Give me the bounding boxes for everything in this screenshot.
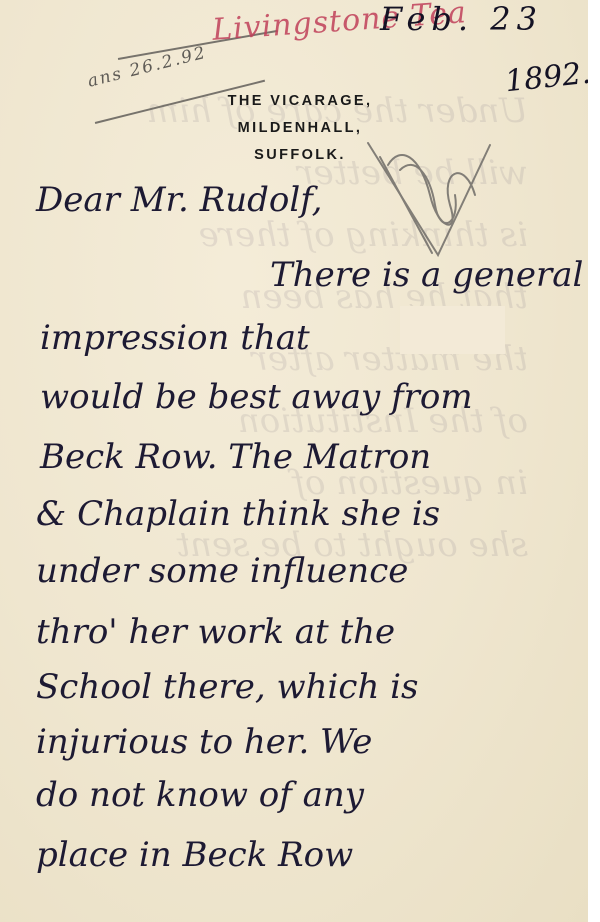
body-line: under some influence bbox=[36, 551, 588, 591]
body-line: impression that bbox=[40, 318, 588, 358]
letterhead-line-1: THE VICARAGE, bbox=[200, 88, 400, 115]
body-line: & Chaplain think she is bbox=[36, 494, 588, 534]
body-line: do not know of any bbox=[36, 775, 588, 815]
scan-margin bbox=[588, 0, 600, 922]
body-line: injurious to her. We bbox=[36, 722, 588, 762]
redacted-name-patch bbox=[400, 306, 505, 354]
body-line: There is a general bbox=[270, 255, 588, 295]
body-line: Beck Row. The Matron bbox=[40, 437, 588, 477]
letter-year: 1892. bbox=[503, 56, 588, 100]
letter-page: Under the care of him will be better is … bbox=[0, 0, 588, 922]
pencil-answered-note: ans 26.2.92 bbox=[86, 43, 209, 92]
body-line: School there, which is bbox=[36, 667, 588, 707]
body-line: place in Beck Row bbox=[36, 835, 588, 875]
body-line: thro' her work at the bbox=[36, 612, 588, 652]
body-line: would be best away from bbox=[40, 377, 588, 417]
salutation: Dear Mr. Rudolf, bbox=[36, 180, 588, 220]
letter-date: Feb. 23 bbox=[380, 0, 543, 38]
